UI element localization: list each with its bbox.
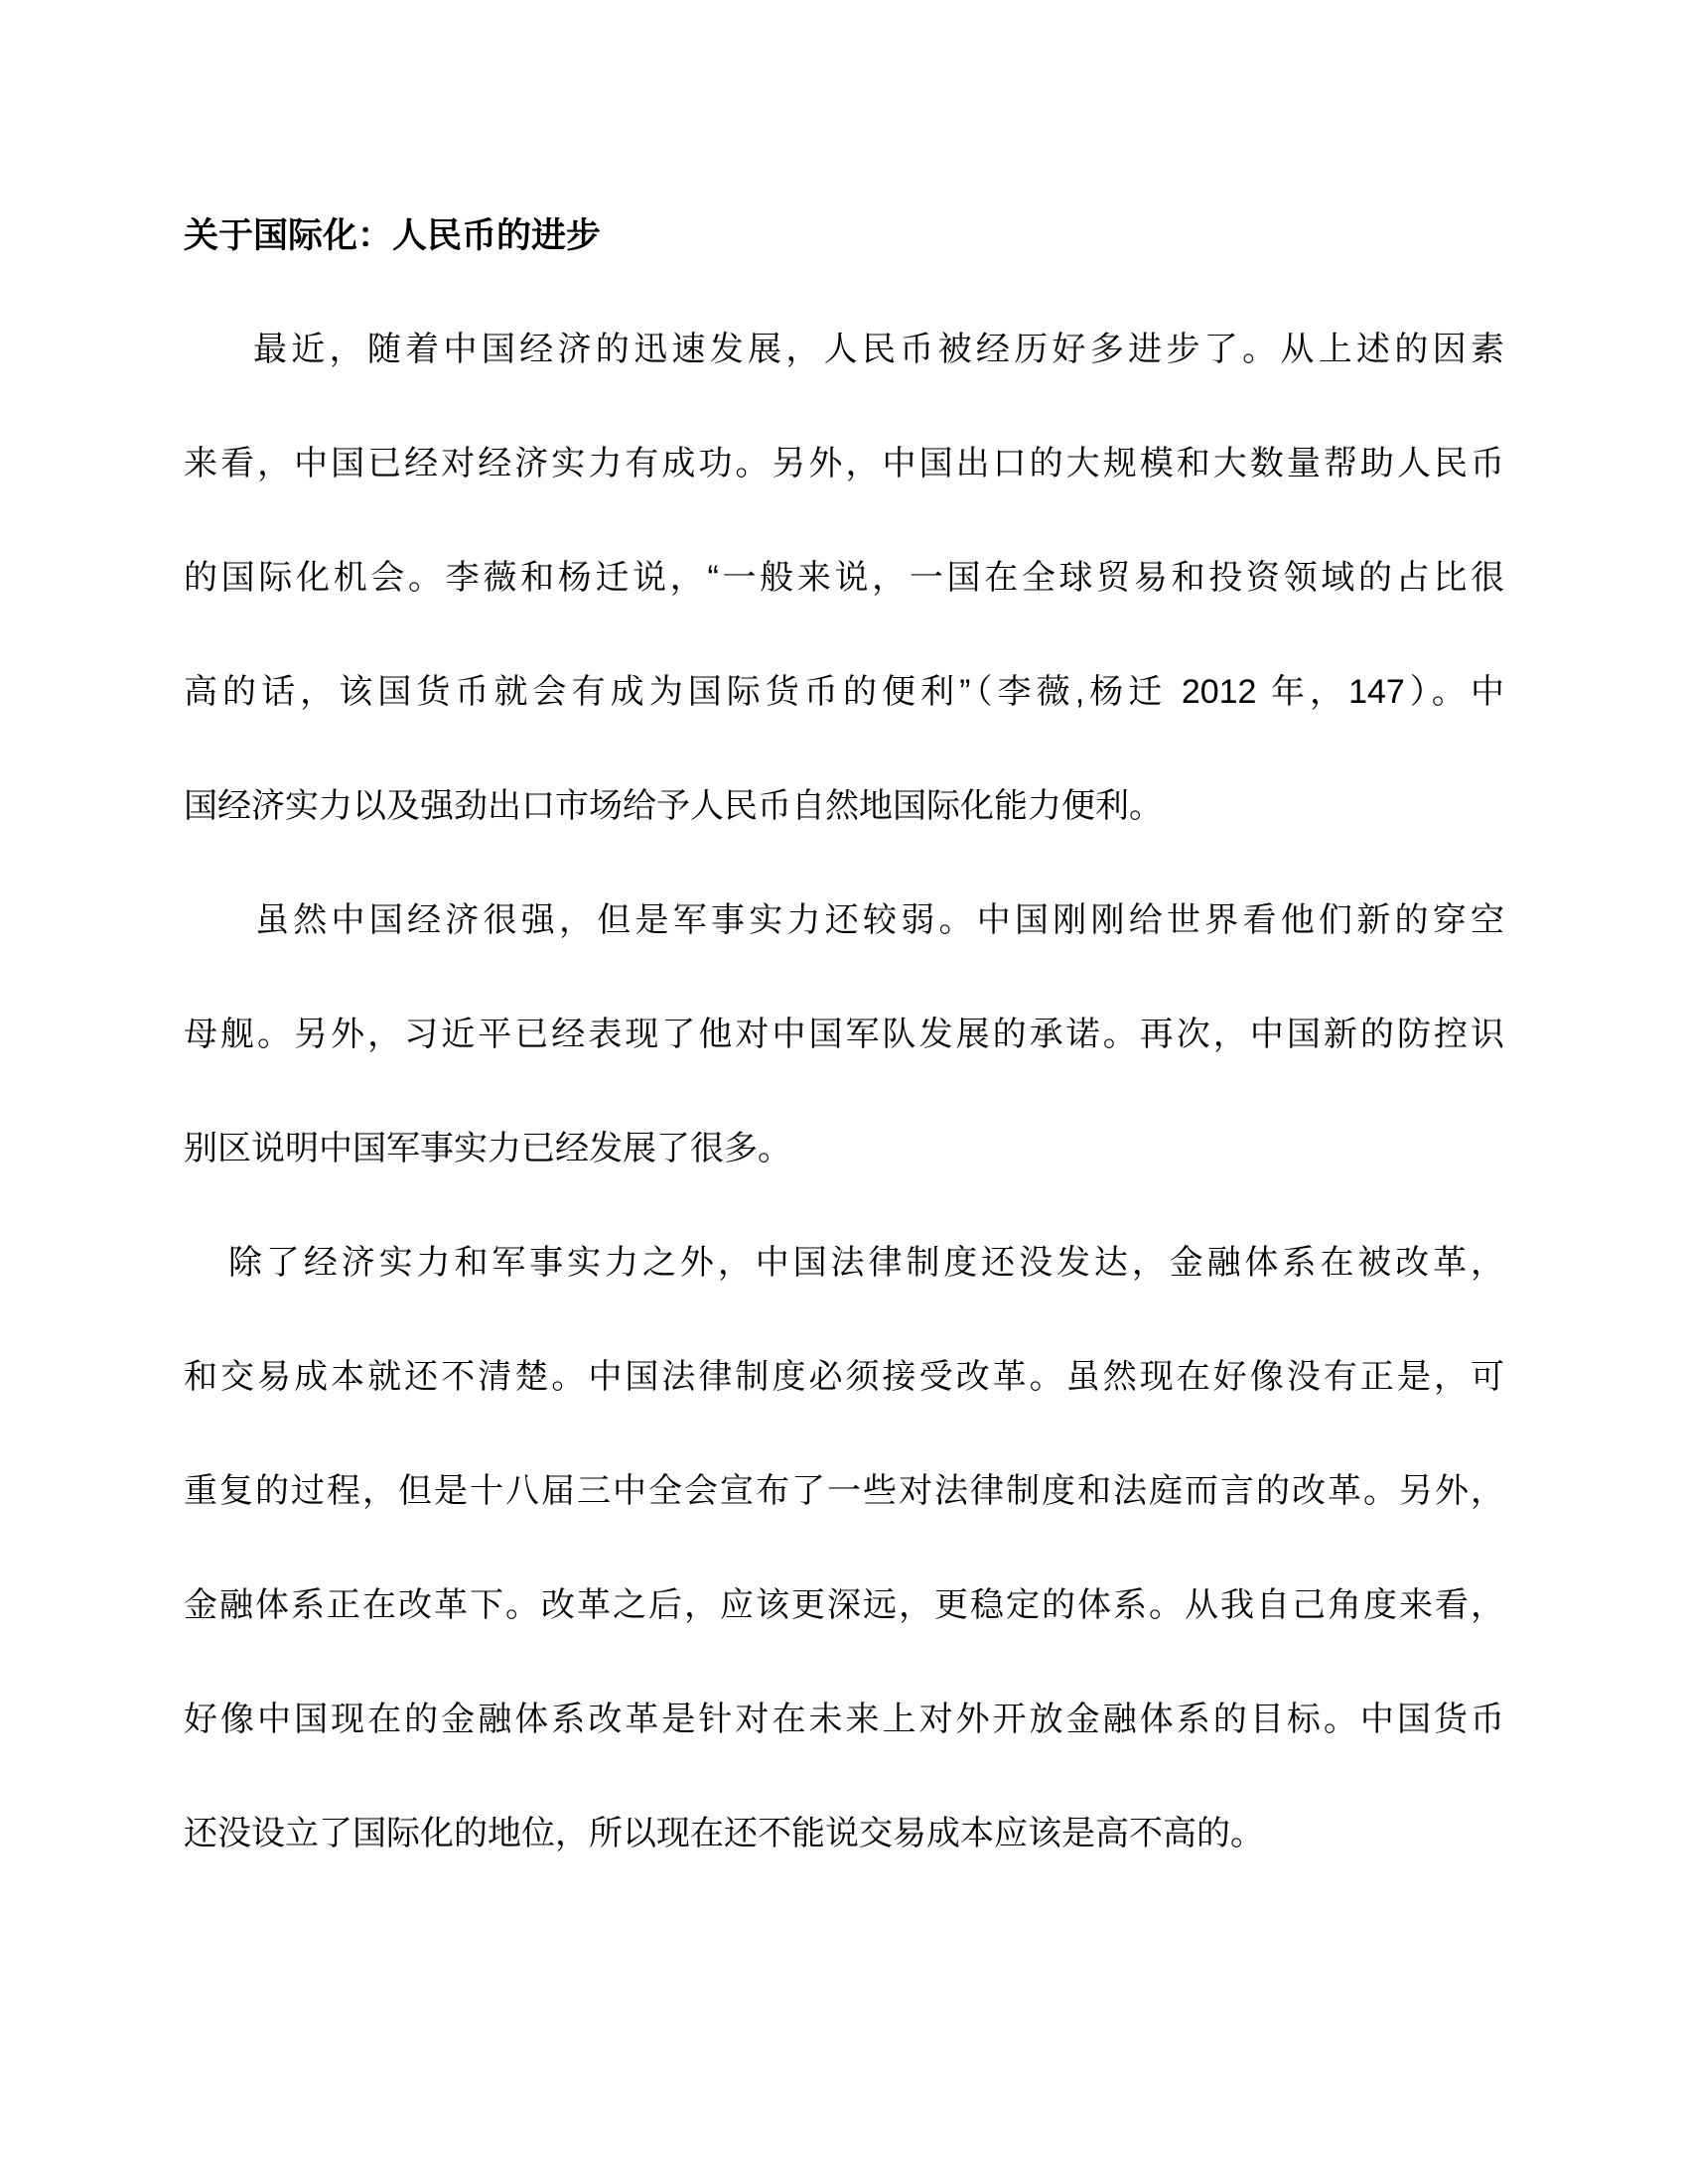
text-line: 好像中国现在的金融体系改革是针对在未来上对外开放金融体系的目标。中国货币: [184, 1663, 1504, 1777]
text-line: 还没设立了国际化的地位，所以现在还不能说交易成本应该是高不高的。: [184, 1777, 1504, 1891]
text-line: 国经济实力以及强劲出口市场给予人民币自然地国际化能力便利。: [184, 750, 1504, 864]
text-line: 除了经济实力和军事实力之外，中国法律制度还没发达，金融体系在被改革，: [184, 1206, 1504, 1320]
text-line: 的国际化机会。李薇和杨迁说，“一般来说，一国在全球贸易和投资领域的占比很: [184, 521, 1504, 635]
text-line: 母舰。另外，习近平已经表现了他对中国军队发展的承诺。再次，中国新的防控识: [184, 978, 1504, 1092]
text-line: 来看，中国已经对经济实力有成功。另外，中国出口的大规模和大数量帮助人民币: [184, 407, 1504, 521]
text-line: 最近，随着中国经济的迅速发展，人民币被经历好多进步了。从上述的因素: [184, 293, 1504, 407]
document-content: 关于国际化：人民币的进步 最近，随着中国经济的迅速发展，人民币被经历好多进步了。…: [184, 179, 1504, 1891]
paragraph: 除了经济实力和军事实力之外，中国法律制度还没发达，金融体系在被改革，和交易成本就…: [184, 1206, 1504, 1891]
text-line: 重复的过程，但是十八届三中全会宣布了一些对法律制度和法庭而言的改革。另外，: [184, 1434, 1504, 1549]
paragraph: 最近，随着中国经济的迅速发展，人民币被经历好多进步了。从上述的因素来看，中国已经…: [184, 293, 1504, 864]
text-line: 高的话，该国货币就会有成为国际货币的便利”（李薇,杨迁 2012 年，147）。…: [184, 635, 1504, 750]
document-body: 最近，随着中国经济的迅速发展，人民币被经历好多进步了。从上述的因素来看，中国已经…: [184, 293, 1504, 1891]
text-line: 和交易成本就还不清楚。中国法律制度必须接受改革。虽然现在好像没有正是，可: [184, 1320, 1504, 1434]
document-title: 关于国际化：人民币的进步: [184, 179, 1504, 293]
text-line: 虽然中国经济很强，但是军事实力还较弱。中国刚刚给世界看他们新的穿空: [184, 864, 1504, 978]
paragraph: 虽然中国经济很强，但是军事实力还较弱。中国刚刚给世界看他们新的穿空母舰。另外，习…: [184, 864, 1504, 1206]
document-page: 关于国际化：人民币的进步 最近，随着中国经济的迅速发展，人民币被经历好多进步了。…: [0, 0, 1688, 2184]
text-line: 金融体系正在改革下。改革之后，应该更深远，更稳定的体系。从我自己角度来看，: [184, 1549, 1504, 1663]
text-line: 别区说明中国军事实力已经发展了很多。: [184, 1092, 1504, 1206]
